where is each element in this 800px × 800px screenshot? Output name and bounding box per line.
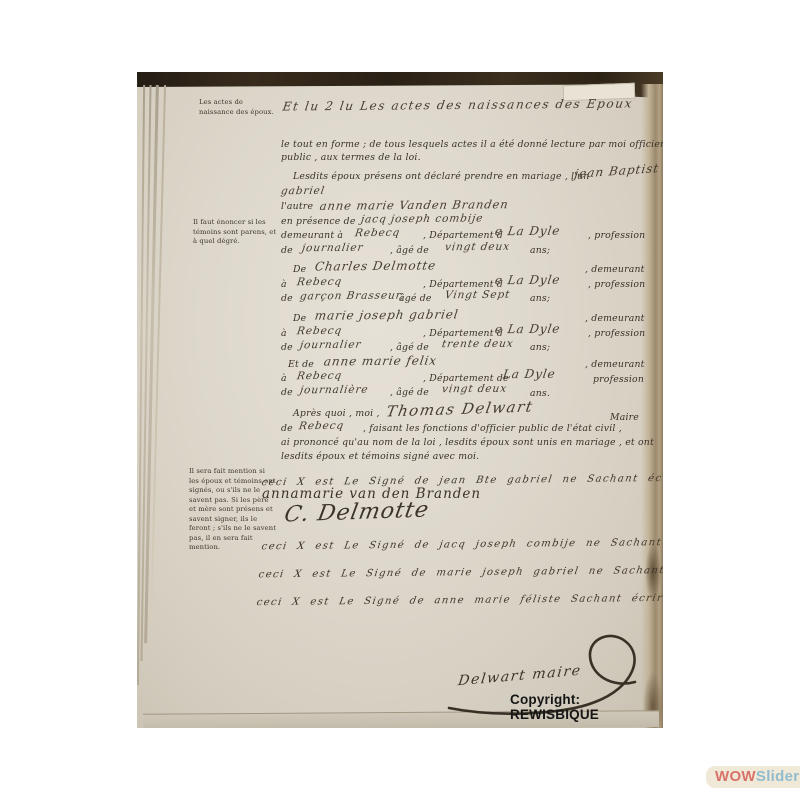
printed-De: De: [293, 313, 306, 324]
printed-profession-label: profession: [593, 374, 644, 385]
handwritten-witness1-department: e La Dyle: [494, 224, 561, 239]
handwritten-witness3-age: trente deux: [441, 338, 514, 351]
printed-age-label: , âgé de: [390, 342, 429, 353]
handwritten-witness3-profession: journalier: [299, 339, 362, 352]
printed-pronounce-line-1: ai prononcé qu'au nom de la loi , lesdit…: [281, 437, 654, 448]
handwritten-witness2-place: Rebecq: [296, 276, 343, 288]
printed-profession-label: , profession: [588, 230, 645, 241]
handwritten-witness1-profession: journalier: [301, 242, 364, 255]
handwritten-mark-witness4: ceci X est Le Signé de anne marie félist…: [256, 593, 663, 608]
handwritten-witness4-place: Rebecq: [296, 370, 343, 382]
printed-De: De: [293, 264, 306, 275]
handwritten-mark-witness1: ceci X est Le Signé de jacq joseph combi…: [261, 537, 663, 553]
handwritten-mayor-place: Rebecq: [298, 420, 345, 432]
handwritten-mark-witness3: ceci X est Le Signé de marie joseph gabr…: [258, 565, 663, 581]
handwritten-witness4-age: vingt deux: [441, 383, 508, 396]
printed-reading-line-1: le tout en forme ; de tous lesquels acte…: [281, 139, 663, 150]
printed-apres-quoi: Après quoi , moi ,: [293, 408, 380, 419]
handwritten-witness4-profession: journalière: [299, 384, 369, 397]
handwritten-witness2-age: Vingt Sept: [444, 289, 511, 302]
scanned-register-page: Les actes de naissance des époux. Il fau…: [137, 72, 663, 728]
printed-de: de: [281, 387, 293, 398]
printed-pronounce-line-2: lesdits époux et témoins signé avec moi.: [281, 451, 479, 462]
handwritten-mayor-name: Thomas Delwart: [385, 397, 535, 420]
printed-ans: ans;: [530, 245, 550, 256]
printed-profession-label: , profession: [588, 279, 645, 290]
delmotte-signature: C. Delmotte: [282, 498, 431, 528]
handwritten-witness4-department: La Dyle: [502, 367, 557, 381]
handwritten-groom-surname: gabriel: [280, 185, 326, 197]
slider-viewport: Les actes de naissance des époux. Il fau…: [0, 0, 800, 800]
printed-presence: en présence de: [281, 216, 356, 227]
printed-profession-label: , profession: [588, 328, 645, 339]
printed-age-label: âgé de: [399, 293, 432, 304]
printed-residing: demeurant à: [281, 230, 343, 241]
handwritten-witness1-age: vingt deux: [444, 241, 511, 254]
printed-de: de: [281, 342, 293, 353]
handwritten-witness1-name: jacq joseph combije: [360, 212, 484, 225]
printed-a: à: [281, 279, 287, 290]
wowslider-slider-text: Slider: [756, 768, 799, 785]
printed-maire: Maire: [610, 412, 639, 423]
printed-a: à: [281, 373, 287, 384]
handwritten-witness4-name: anne marie felix: [323, 354, 438, 369]
wowslider-wow-text: WOW: [715, 768, 756, 785]
copyright-overlay: Copyright: REWISBIQUE: [510, 692, 663, 722]
printed-department-label: , Département d: [423, 230, 503, 241]
handwritten-witness3-name: marie joseph gabriel: [314, 307, 460, 322]
handwritten-witness3-department: e La Dyle: [494, 322, 561, 337]
printed-reading-line-2: public , aux termes de la loi.: [281, 152, 421, 163]
printed-age-label: , âgé de: [390, 387, 429, 398]
printed-demeurant-label: , demeurant: [585, 359, 645, 370]
printed-demeurant-label: , demeurant: [585, 313, 645, 324]
printed-EtDe: Et de: [288, 359, 314, 370]
handwritten-witness2-profession: garçon Brasseur,: [299, 290, 406, 303]
printed-de: de: [281, 293, 293, 304]
printed-de: de: [281, 245, 293, 256]
margin-note-birth-acts: Les actes de naissance des époux.: [199, 98, 279, 117]
printed-de: de: [281, 423, 293, 434]
handwritten-opening-line: Et lu 2 lu Les actes des naissances des …: [282, 96, 634, 113]
margin-note-witness-kinship: Il faut énoncer si les témoins sont pare…: [193, 218, 281, 247]
printed-lautre: l'autre: [281, 201, 313, 212]
handwritten-witness3-place: Rebecq: [296, 325, 343, 337]
wowslider-watermark[interactable]: WOWSlider: [706, 766, 800, 788]
handwritten-witness2-name: Charles Delmotte: [314, 258, 437, 273]
printed-functions-line: , faisant les fonctions d'officier publi…: [363, 423, 622, 434]
printed-age-label: , âgé de: [390, 245, 429, 256]
printed-declare-line: Lesdits époux présens ont déclaré prendr…: [293, 171, 589, 182]
printed-ans: ans;: [530, 293, 550, 304]
printed-demeurant-label: , demeurant: [585, 264, 645, 275]
handwritten-witness1-place: Rebecq: [354, 227, 401, 239]
printed-ans: ans;: [530, 342, 550, 353]
stacked-page-edges: [137, 85, 165, 685]
handwritten-witness2-department: e La Dyle: [494, 273, 561, 288]
printed-a: à: [281, 328, 287, 339]
handwritten-bride-name: anne marie Vanden Branden: [319, 197, 510, 213]
